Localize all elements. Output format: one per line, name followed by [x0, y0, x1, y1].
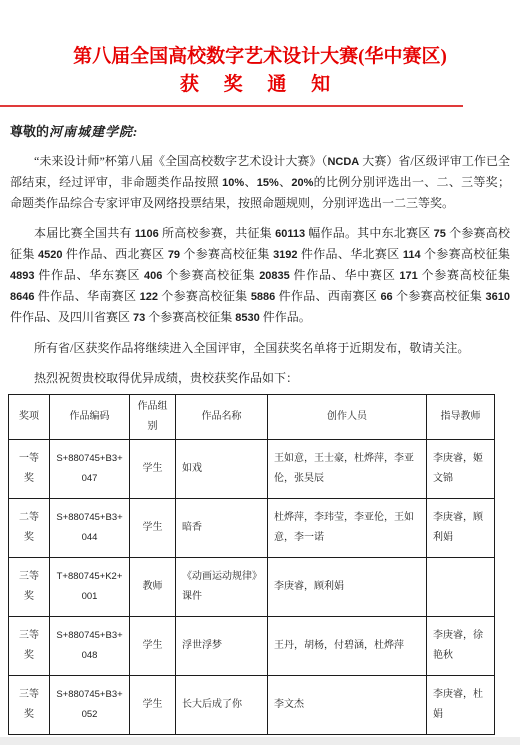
award-cell: 二等奖 [9, 499, 50, 558]
work-title-cell: 浮世浮梦 [176, 617, 268, 676]
award-cell: 三等奖 [9, 617, 50, 676]
advisors-cell [427, 558, 495, 617]
body-paragraph-congratulations: 热烈祝贺贵校取得优异成绩，贵校获奖作品如下： [10, 368, 510, 388]
work-code-cell: S+880745+B3+044 [50, 499, 130, 558]
body-paragraph-statistics: 本届比赛全国共有 1106 所高校参赛，共征集 60113 幅作品。其中东北赛区… [10, 223, 510, 328]
table-row: 二等奖 S+880745+B3+044 学生 暗香 杜烨萍，李玮莹，李亚伦，王如… [9, 499, 495, 558]
table-row: 三等奖 S+880745+B3+052 学生 长大后成了你 李文杰 李庚睿，杜娟 [9, 676, 495, 735]
col-header-work-code: 作品编码 [50, 395, 130, 440]
awards-table: 奖项 作品编码 作品组别 作品名称 创作人员 指导教师 一等奖 S+880745… [8, 394, 495, 735]
work-title-cell: 长大后成了你 [176, 676, 268, 735]
creators-cell: 王如意，王士豪，杜烨萍，李亚伦，张昊辰 [268, 440, 427, 499]
advisors-cell: 李庚睿，顾利娟 [427, 499, 495, 558]
work-code-cell: S+880745+B3+048 [50, 617, 130, 676]
advisors-cell: 李庚睿，徐艳秋 [427, 617, 495, 676]
creators-cell: 李庚睿，顾利娟 [268, 558, 427, 617]
creators-cell: 王丹，胡杨，付碧涵，杜烨萍 [268, 617, 427, 676]
group-cell: 学生 [130, 499, 176, 558]
page-title: 第八届全国高校数字艺术设计大赛(华中赛区) [0, 0, 520, 69]
page-subtitle: 获 奖 通 知 [0, 72, 520, 97]
work-title-cell: 如戏 [176, 440, 268, 499]
col-header-work-title: 作品名称 [176, 395, 268, 440]
school-name: 河南城建学院: [49, 124, 138, 139]
salutation: 尊敬的河南城建学院: [10, 123, 510, 141]
work-code-cell: S+880745+B3+052 [50, 676, 130, 735]
title-underline-rule [0, 105, 463, 107]
group-cell: 学生 [130, 440, 176, 499]
salutation-prefix: 尊敬的 [10, 124, 49, 139]
award-cell: 三等奖 [9, 558, 50, 617]
table-row: 一等奖 S+880745+B3+047 学生 如戏 王如意，王士豪，杜烨萍，李亚… [9, 440, 495, 499]
work-title-cell: 《动画运动规律》课件 [176, 558, 268, 617]
table-row: 三等奖 S+880745+B3+048 学生 浮世浮梦 王丹，胡杨，付碧涵，杜烨… [9, 617, 495, 676]
work-title-cell: 暗香 [176, 499, 268, 558]
col-header-group: 作品组别 [130, 395, 176, 440]
body-paragraph-national-review: 所有省/区获奖作品将继续进入全国评审，全国获奖名单将于近期发布，敬请关注。 [10, 338, 510, 358]
col-header-advisors: 指导教师 [427, 395, 495, 440]
creators-cell: 杜烨萍，李玮莹，李亚伦，王如意，李一诺 [268, 499, 427, 558]
bottom-window-edge [0, 737, 520, 745]
col-header-award: 奖项 [9, 395, 50, 440]
group-cell: 学生 [130, 617, 176, 676]
document-page: 第八届全国高校数字艺术设计大赛(华中赛区) 获 奖 通 知 尊敬的河南城建学院:… [0, 0, 520, 745]
table-row: 三等奖 T+880745+K2+001 教师 《动画运动规律》课件 李庚睿，顾利… [9, 558, 495, 617]
advisors-cell: 李庚睿，姬文锦 [427, 440, 495, 499]
table-header-row: 奖项 作品编码 作品组别 作品名称 创作人员 指导教师 [9, 395, 495, 440]
award-cell: 一等奖 [9, 440, 50, 499]
work-code-cell: T+880745+K2+001 [50, 558, 130, 617]
creators-cell: 李文杰 [268, 676, 427, 735]
col-header-creators: 创作人员 [268, 395, 427, 440]
group-cell: 学生 [130, 676, 176, 735]
work-code-cell: S+880745+B3+047 [50, 440, 130, 499]
award-cell: 三等奖 [9, 676, 50, 735]
advisors-cell: 李庚睿，杜娟 [427, 676, 495, 735]
body-paragraph-review: “未来设计师”杯第八届《全国高校数字艺术设计大赛》（NCDA 大赛）省/区级评审… [10, 151, 510, 213]
group-cell: 教师 [130, 558, 176, 617]
